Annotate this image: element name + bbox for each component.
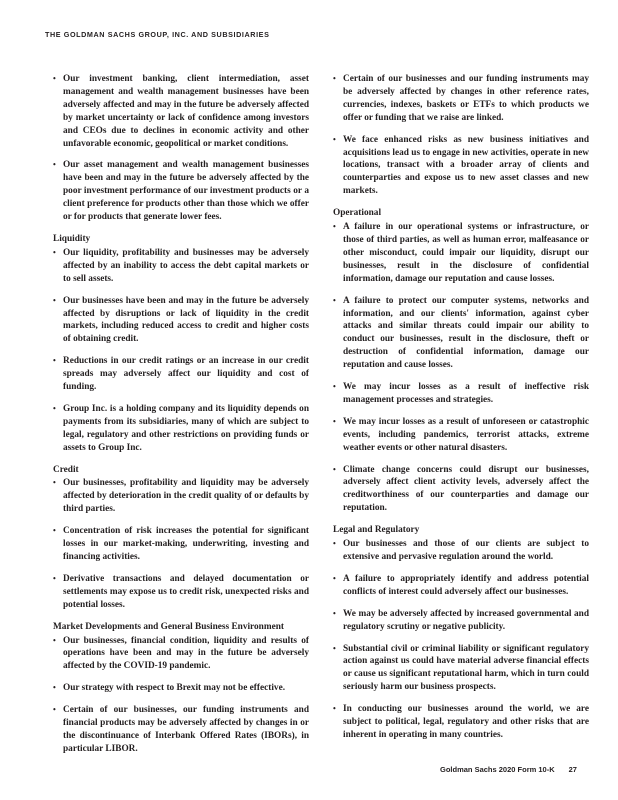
bullet-item: Our asset management and wealth manageme…: [53, 159, 309, 224]
page-number: 27: [569, 765, 577, 774]
footer-label: Goldman Sachs 2020 Form 10-K: [440, 765, 555, 774]
bullet-item: Reductions in our credit ratings or an i…: [53, 355, 309, 394]
bullet-item: Group Inc. is a holding company and its …: [53, 403, 309, 455]
bullet-item: A failure to appropriately identify and …: [333, 573, 589, 599]
bullet-item: Our strategy with respect to Brexit may …: [53, 682, 309, 695]
bullet-item: Derivative transactions and delayed docu…: [53, 573, 309, 612]
bullet-item: Concentration of risk increases the pote…: [53, 525, 309, 564]
bullet-item: In conducting our businesses around the …: [333, 703, 589, 742]
bullet-item: We may incur losses as a result of ineff…: [333, 381, 589, 407]
bullet-item: A failure in our operational systems or …: [333, 221, 589, 286]
right-column: Certain of our businesses and our fundin…: [333, 73, 589, 751]
bullet-item: Our businesses, financial condition, liq…: [53, 635, 309, 674]
bullet-item: Our businesses and those of our clients …: [333, 538, 589, 564]
left-column: Our investment banking, client intermedi…: [53, 73, 309, 765]
bullet-item: Substantial civil or criminal liability …: [333, 643, 589, 695]
bullet-item: Our businesses have been and may in the …: [53, 295, 309, 347]
bullet-item: Climate change concerns could disrupt ou…: [333, 464, 589, 516]
section-heading: Legal and Regulatory: [333, 524, 589, 537]
page-footer: Goldman Sachs 2020 Form 10-K27: [440, 765, 577, 774]
section-heading: Market Developments and General Business…: [53, 621, 309, 634]
bullet-item: Certain of our businesses and our fundin…: [333, 73, 589, 125]
section-heading: Liquidity: [53, 233, 309, 246]
bullet-item: We may be adversely affected by increase…: [333, 608, 589, 634]
bullet-item: Our investment banking, client intermedi…: [53, 73, 309, 150]
bullet-item: Certain of our businesses, our funding i…: [53, 704, 309, 756]
bullet-item: We may incur losses as a result of unfor…: [333, 416, 589, 455]
section-heading: Operational: [333, 207, 589, 220]
bullet-item: Our businesses, profitability and liquid…: [53, 477, 309, 516]
section-heading: Credit: [53, 464, 309, 477]
running-header: The Goldman Sachs Group, Inc. and Subsid…: [45, 30, 269, 39]
bullet-item: Our liquidity, profitability and busines…: [53, 247, 309, 286]
bullet-item: A failure to protect our computer system…: [333, 295, 589, 372]
bullet-item: We face enhanced risks as new business i…: [333, 134, 589, 199]
